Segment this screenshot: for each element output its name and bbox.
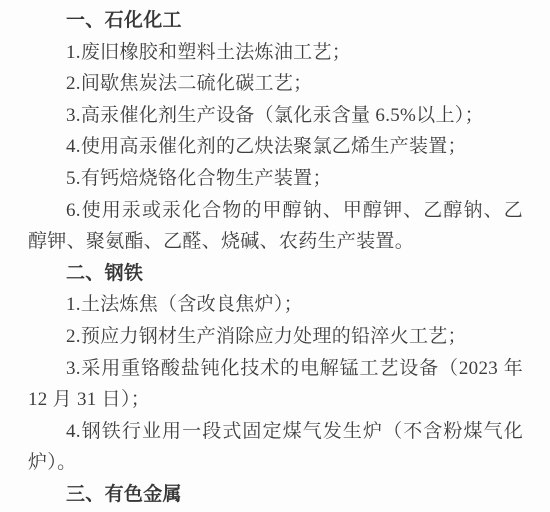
list-item: 1.土法炼焦（含改良焦炉）；	[28, 289, 523, 321]
list-item: 1.废旧橡胶和塑料土法炼油工艺；	[28, 37, 523, 69]
list-item: 3.采用重铬酸盐钝化技术的电解锰工艺设备（2023 年 12 月 31 日）；	[28, 353, 523, 416]
list-item: 6.使用汞或汞化合物的甲醇钠、甲醇钾、乙醇钠、乙醇钾、聚氨酯、乙醛、烧碱、农药生…	[28, 195, 523, 258]
section-heading: 三、有色金属	[28, 479, 523, 511]
list-item: 2.预应力钢材生产消除应力处理的铅淬火工艺；	[28, 321, 523, 353]
section-heading: 二、钢铁	[28, 258, 523, 290]
document-page: 一、石化化工1.废旧橡胶和塑料土法炼油工艺；2.间歇焦炭法二硫化碳工艺；3.高汞…	[0, 0, 550, 512]
section-heading: 一、石化化工	[28, 5, 523, 37]
list-item: 4.钢铁行业用一段式固定煤气发生炉（不含粉煤气化炉）。	[28, 416, 523, 479]
list-item: 3.高汞催化剂生产设备（氯化汞含量 6.5%以上）；	[28, 100, 523, 132]
list-item: 2.间歇焦炭法二硫化碳工艺；	[28, 68, 523, 100]
list-item: 4.使用高汞催化剂的乙炔法聚氯乙烯生产装置；	[28, 131, 523, 163]
list-item: 5.有钙焙烧铬化合物生产装置；	[28, 163, 523, 195]
